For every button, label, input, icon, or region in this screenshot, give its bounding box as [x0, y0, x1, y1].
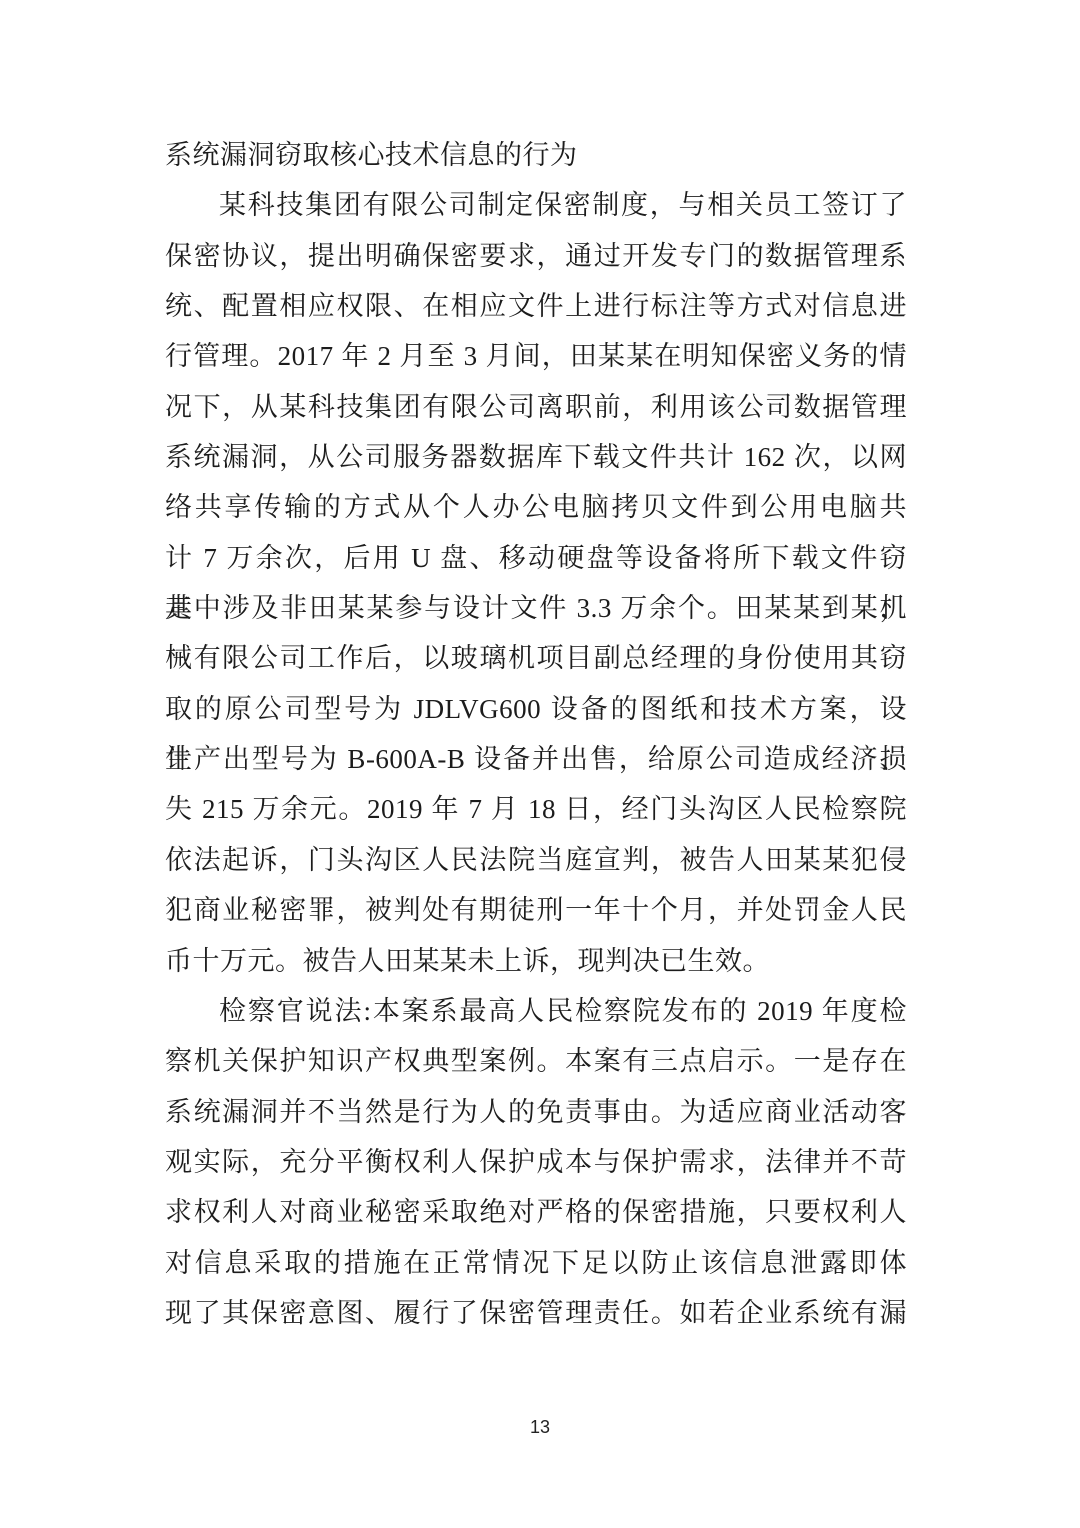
text-line: 系统漏洞窃取核心技术信息的行为	[165, 130, 907, 180]
document-page: 系统漏洞窃取核心技术信息的行为 某科技集团有限公司制定保密制度，与相关员工签订了…	[0, 0, 1080, 1528]
text-line: 系统漏洞并不当然是行为人的免责事由。为适应商业活动客	[165, 1087, 907, 1137]
text-line: 行管理。2017 年 2 月至 3 月间，田某某在明知保密义务的情	[165, 331, 907, 381]
text-line: 系统漏洞，从公司服务器数据库下载文件共计 162 次，以网	[165, 432, 907, 482]
text-line: 械有限公司工作后，以玻璃机项目副总经理的身份使用其窃	[165, 633, 907, 683]
text-line: 币十万元。被告人田某某未上诉，现判决已生效。	[165, 936, 907, 986]
text-line: 失 215 万余元。2019 年 7 月 18 日，经门头沟区人民检察院	[165, 784, 907, 834]
text-line: 保密协议，提出明确保密要求，通过开发专门的数据管理系	[165, 231, 907, 281]
text-line: 观实际，充分平衡权利人保护成本与保护需求，法律并不苛	[165, 1137, 907, 1187]
text-line: 况下，从某科技集团有限公司离职前，利用该公司数据管理	[165, 382, 907, 432]
page-number: 13	[0, 1415, 1080, 1439]
text-line: 现了其保密意图、履行了保密管理责任。如若企业系统有漏	[165, 1288, 907, 1338]
text-line: 检察官说法:本案系最高人民检察院发布的 2019 年度检	[165, 986, 907, 1036]
text-line: 对信息采取的措施在正常情况下足以防止该信息泄露即体	[165, 1238, 907, 1288]
text-line: 依法起诉，门头沟区人民法院当庭宣判，被告人田某某犯侵	[165, 835, 907, 885]
text-line: 计 7 万余次，后用 U 盘、移动硬盘等设备将所下载文件窃走，	[165, 533, 907, 583]
text-line: 犯商业秘密罪，被判处有期徒刑一年十个月，并处罚金人民	[165, 885, 907, 935]
document-body-text: 系统漏洞窃取核心技术信息的行为 某科技集团有限公司制定保密制度，与相关员工签订了…	[165, 130, 907, 1338]
text-line: 生产出型号为 B-600A-B 设备并出售，给原公司造成经济损	[165, 734, 907, 784]
text-line: 统、配置相应权限、在相应文件上进行标注等方式对信息进	[165, 281, 907, 331]
text-line: 络共享传输的方式从个人办公电脑拷贝文件到公用电脑共	[165, 482, 907, 532]
text-line: 求权利人对商业秘密采取绝对严格的保密措施，只要权利人	[165, 1187, 907, 1237]
text-line: 某科技集团有限公司制定保密制度，与相关员工签订了	[165, 180, 907, 230]
text-line: 其中涉及非田某某参与设计文件 3.3 万余个。田某某到某机	[165, 583, 907, 633]
text-line: 取的原公司型号为 JDLVG600 设备的图纸和技术方案，设计、	[165, 684, 907, 734]
text-line: 察机关保护知识产权典型案例。本案有三点启示。一是存在	[165, 1036, 907, 1086]
